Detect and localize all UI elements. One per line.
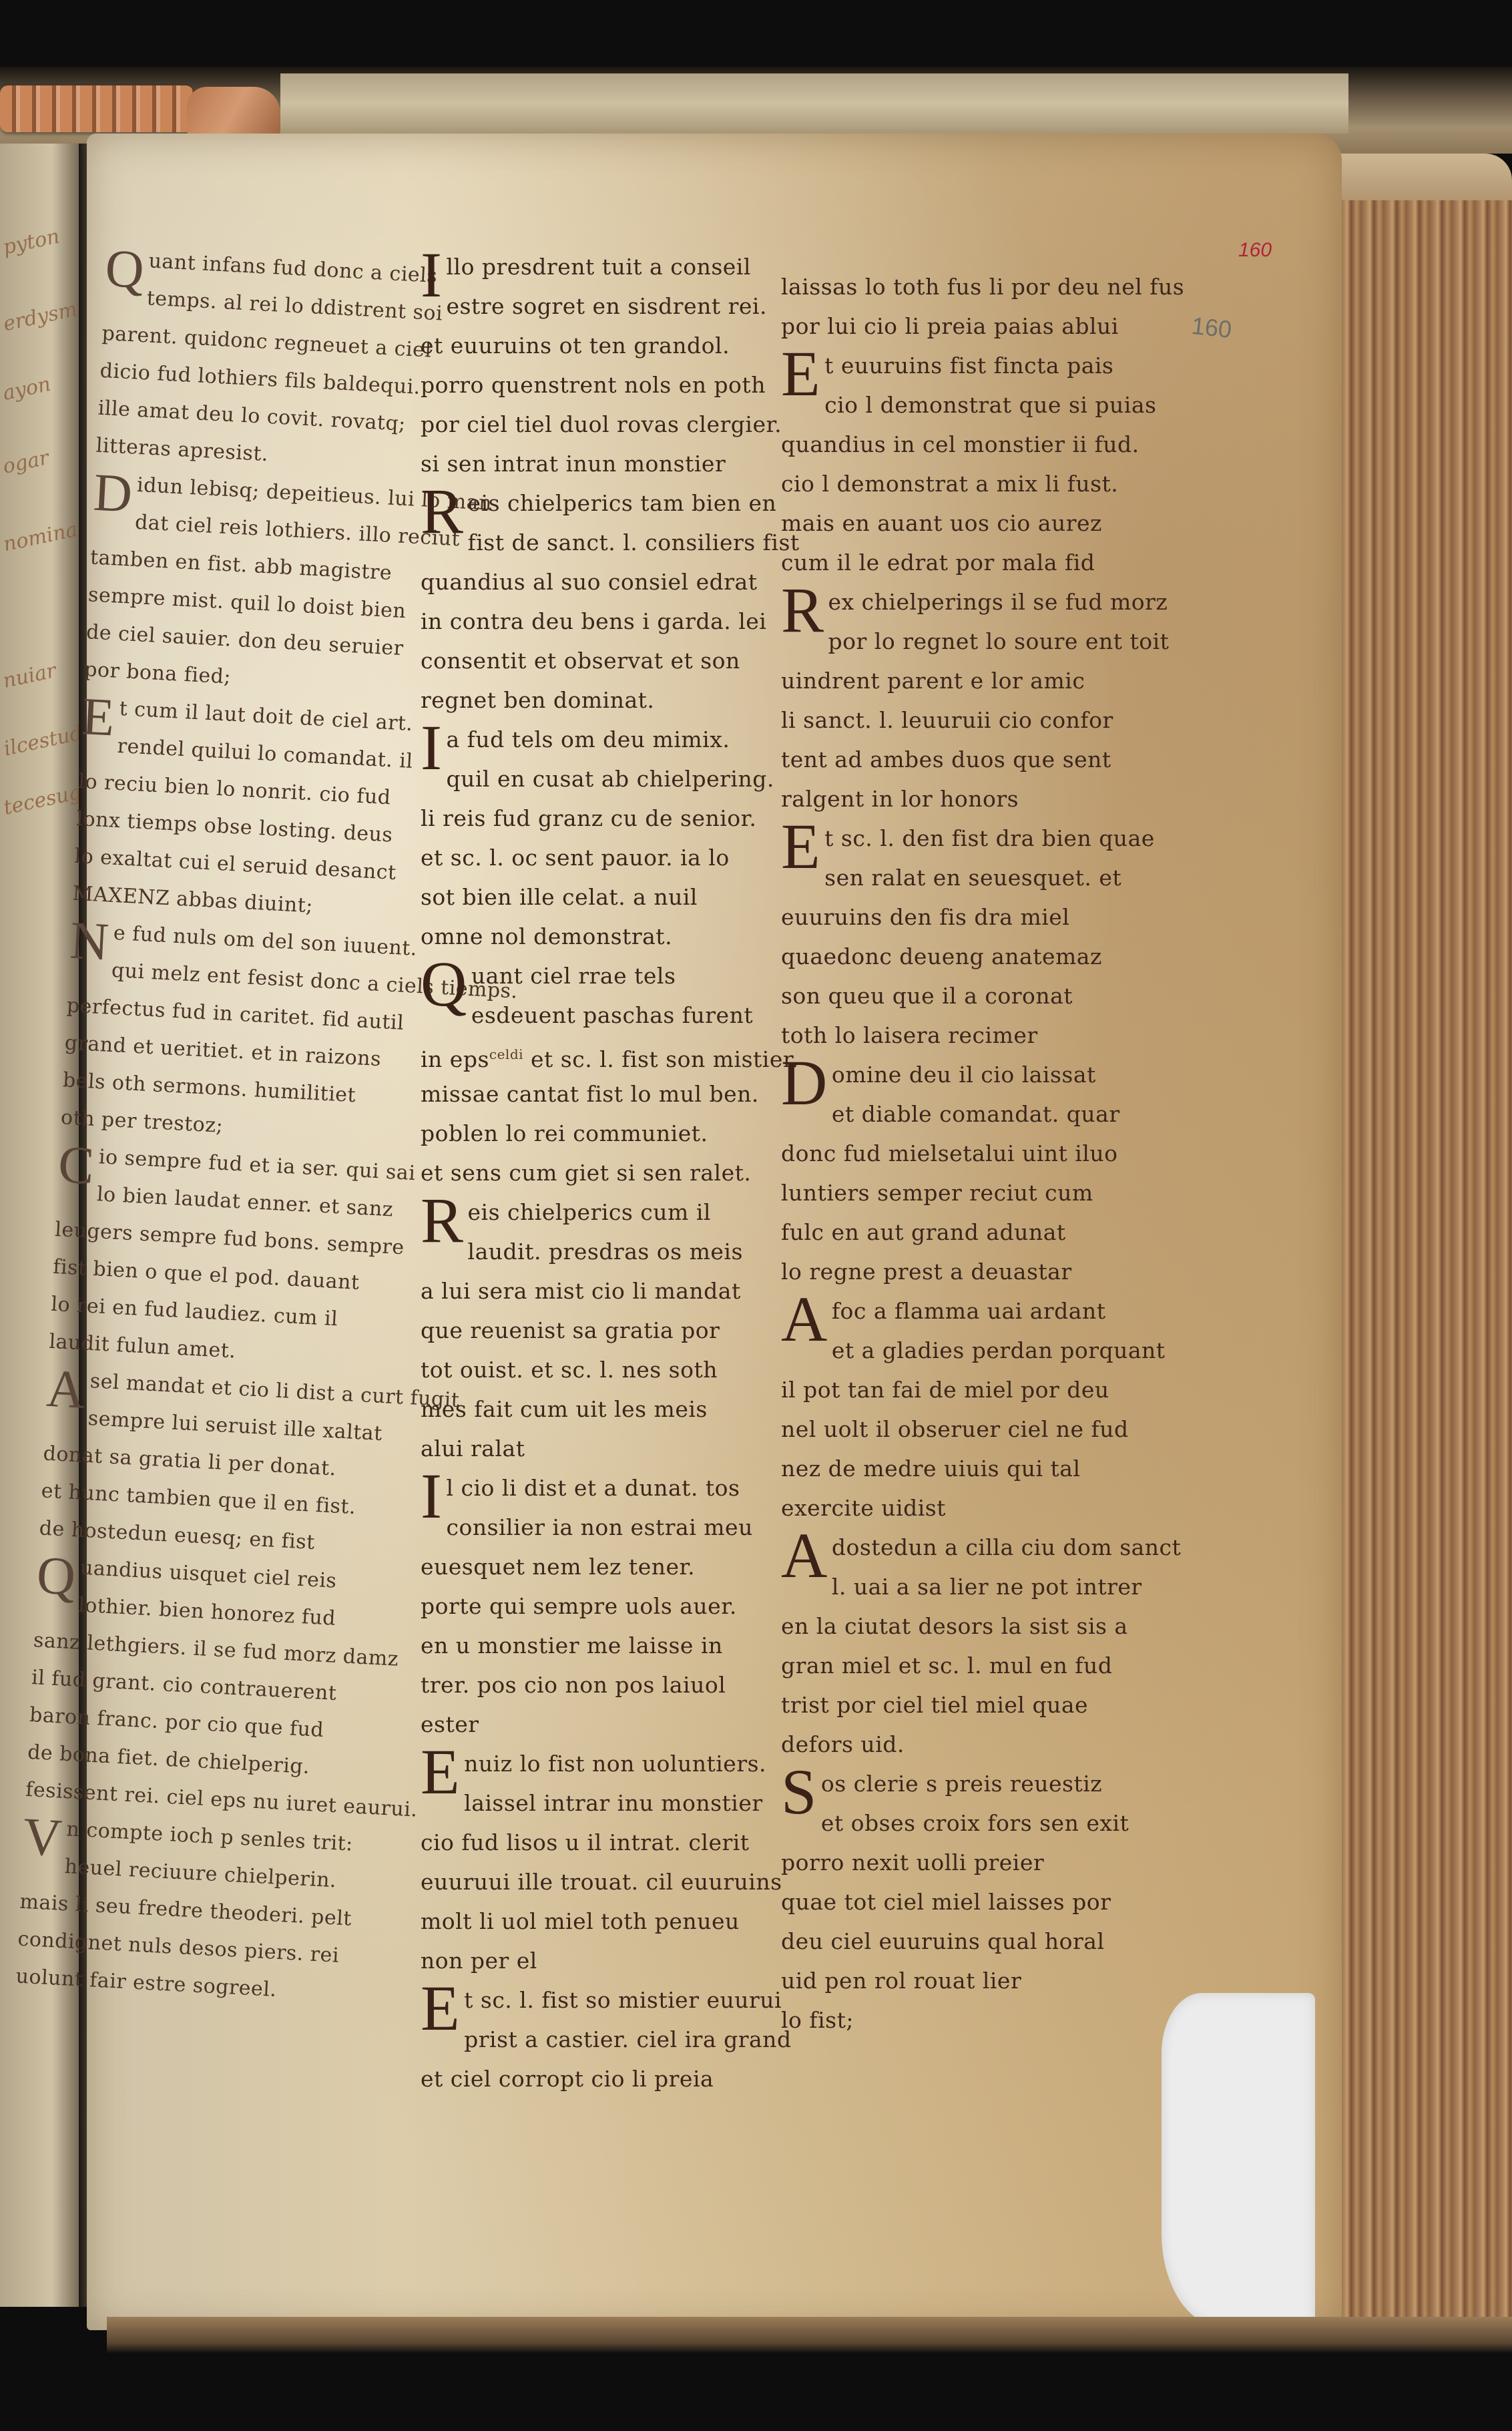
manuscript-line: Enuiz lo fist non uoluntiers. [421,1744,768,1783]
manuscript-line: omne nol demonstrat. [421,917,768,956]
line-text: et euuruins ot ten grandol. [421,333,730,359]
line-text: laudit. presdras os meis [468,1239,743,1265]
decorated-initial: A [45,1362,87,1417]
line-text: dostedun a cilla ciu dom sanct [832,1534,1181,1560]
line-text: consentit et observat et son [421,648,740,674]
decorated-initial: Q [35,1548,77,1604]
manuscript-line: missae cantat fist lo mul ben. [421,1074,768,1114]
line-text: por lo regnet lo soure ent toit [828,628,1170,654]
manuscript-line: cio l demonstrat a mix li fust. [781,464,1155,503]
manuscript-line: cio fud lisos u il intrat. clerit [421,1823,768,1862]
line-text: prist a castier. ciel ira grand [464,2026,791,2052]
line-text: poblen lo rei communiet. [421,1120,708,1146]
manuscript-line: poblen lo rei communiet. [421,1114,768,1153]
manuscript-line: laudit. presdras os meis [421,1232,768,1271]
line-text: esdeuent paschas furent [471,1002,753,1028]
line-text: quandius al suo consiel edrat [421,569,757,595]
manuscript-line: en u monstier me laisse in [421,1626,768,1665]
line-text: laudit fulun amet. [49,1330,237,1363]
manuscript-line: porro quenstrent nols en poth [421,365,768,405]
line-text: por ciel tiel duol rovas clergier. [421,411,782,437]
decorated-initial: D [92,466,134,521]
manuscript-line: Reis chielperics cum il [421,1192,768,1232]
manuscript-line: quaedonc deueng anatemaz [781,937,1155,976]
manuscript-line: alui ralat [421,1429,768,1468]
line-text: consilier ia non estrai meu [446,1514,752,1540]
decorated-initial: E [421,1745,460,1799]
line-text: et ciel corropt cio li preia [421,2066,714,2092]
line-text: uindrent parent e lor amic [781,668,1085,694]
line-text: por bona fied; [83,658,231,688]
line-text: quandius in cel monstier ii fud. [781,431,1140,457]
manuscript-line: uindrent parent e lor amic [781,661,1155,700]
line-text: in eps [421,1046,489,1072]
fore-edge-page-stack [1315,200,1512,2337]
line-text: euuruins den fis dra miel [781,904,1069,930]
line-text: ralgent in lor honors [781,786,1019,812]
manuscript-line: fulc en aut grand adunat [781,1212,1155,1252]
manuscript-line: consentit et observat et son [421,641,768,680]
manuscript-line: euuruins den fis dra miel [781,897,1155,937]
line-text: n compte ioch p senles trit: [66,1817,354,1855]
facing-page-text-fragment: pyton [1,224,61,259]
manuscript-line: cio l demonstrat que si puias [781,385,1155,425]
manuscript-line: regnet ben dominat. [421,680,768,720]
manuscript-line: tent ad ambes duos que sent [781,740,1155,779]
line-text: regnet ben dominat. [421,687,654,713]
decorated-initial: R [421,485,464,538]
line-text: t cum il laut doit de ciel art. [119,697,414,736]
manuscript-line: esdeuent paschas furent [421,996,768,1035]
manuscript-line: Reis chielperics tam bien en [421,483,768,523]
line-text: et a gladies perdan porquant [832,1337,1166,1363]
line-text: sen ralat en seuesquet. et [824,865,1121,891]
manuscript-line: si sen intrat inun monstier [421,444,768,483]
manuscript-line: defors uid. [781,1725,1155,1764]
line-text: l cio li dist et a dunat. tos [446,1475,740,1501]
line-text: oth per trestoz; [60,1106,224,1138]
line-text: et sc. l. oc sent pauor. ia lo [421,845,730,871]
manuscript-line: prist a castier. ciel ira grand [421,2020,768,2059]
manuscript-line: Ia fud tels om deu mimix. [421,720,768,759]
parchment-repair-patch [1162,1993,1315,2327]
manuscript-line: uid pen rol rouat lier [781,1961,1155,2000]
manuscript-line: trer. pos cio non pos laiuol [421,1665,768,1705]
line-text: si sen intrat inun monstier [421,451,726,477]
line-text: eis chielperics tam bien en [468,490,777,516]
manuscript-line: lo fist; [781,2000,1155,2040]
manuscript-line: quae tot ciel miel laisses por [781,1882,1155,1922]
decorated-initial: R [421,1194,464,1247]
line-text: porte qui sempre uols auer. [421,1593,737,1619]
line-text: de hostedun euesq; en fist [39,1516,316,1554]
manuscript-line: ralgent in lor honors [781,779,1155,819]
manuscript-line: a lui sera mist cio li mandat [421,1271,768,1311]
decorated-initial: I [421,1470,442,1523]
manuscript-line: et ciel corropt cio li preia [421,2059,768,2098]
manuscript-line: mais en auant uos cio aurez [781,503,1155,543]
line-text: exercite uidist [781,1495,946,1521]
line-text: os clerie s preis reuestiz [821,1771,1102,1797]
manuscript-line: ester [421,1705,768,1744]
manuscript-line: laissel intrar inu monstier [421,1783,768,1823]
decorated-initial: C [57,1138,95,1193]
manuscript-line: consilier ia non estrai meu [421,1508,768,1547]
line-text: cio l demonstrat a mix li fust. [781,471,1118,497]
line-text: MAXENZ abbas diuint; [72,882,314,918]
manuscript-line: trist por ciel tiel miel quae [781,1685,1155,1725]
text-column-middle: Illo presdrent tuit a conseilestre sogre… [421,247,768,2098]
line-text: cum il le edrat por mala fid [781,549,1095,576]
manuscript-line: estre sogret en sisdrent rei. [421,286,768,326]
manuscript-line: por ciel tiel duol rovas clergier. [421,405,768,444]
line-text: l. uai a sa lier ne pot intrer [832,1574,1142,1600]
manuscript-line: Rex chielperings il se fud morz [781,582,1155,622]
line-text: lothier. bien honorez fud [77,1594,336,1630]
folio-number-red: 160 [1238,239,1272,262]
manuscript-line: porro nexit uolli preier [781,1843,1155,1882]
line-text: il pot tan fai de miel por deu [781,1377,1109,1403]
decorated-initial: A [781,1529,828,1582]
manuscript-line: quandius in cel monstier ii fud. [781,425,1155,464]
line-text: tot ouist. et sc. l. nes soth [421,1357,718,1383]
line-text: lo fist; [781,2007,854,2033]
decorated-initial: Q [421,957,467,1011]
line-text: ester [421,1711,479,1737]
manuscript-line: Sos clerie s preis reuestiz [781,1764,1155,1803]
line-text: gran miel et sc. l. mul en fud [781,1652,1112,1679]
manuscript-line: lo regne prest a deuastar [781,1252,1155,1291]
manuscript-line: en la ciutat desors la sist sis a [781,1606,1155,1646]
manuscript-line: exercite uidist [781,1488,1155,1528]
line-text: trer. pos cio non pos laiuol [421,1672,726,1698]
decorated-initial: Q [104,242,146,297]
line-text: quae tot ciel miel laisses por [781,1889,1111,1915]
text-column-right: laissas lo toth fus li por deu nel fuspo… [781,267,1155,2040]
line-text: en u monstier me laisse in [421,1632,723,1659]
manuscript-line: sen ralat en seuesquet. et [781,858,1155,897]
line-text: euesquet nem lez tener. [421,1554,695,1580]
manuscript-line: Domine deu il cio laissat [781,1055,1155,1094]
manuscript-line: quandius al suo consiel edrat [421,562,768,602]
manuscript-line: Et euuruins fist fincta pais [781,346,1155,385]
manuscript-line: in contra deu bens i garda. lei [421,602,768,641]
line-text: omne nol demonstrat. [421,923,672,949]
manuscript-line: mes fait cum uit les meis [421,1389,768,1429]
decorated-initial: D [781,1056,828,1110]
line-text: tent ad ambes duos que sent [781,746,1111,772]
manuscript-line: il pot tan fai de miel por deu [781,1370,1155,1409]
line-text: et diable comandat. quar [832,1101,1120,1127]
line-text: nez de medre uiuis qui tal [781,1456,1081,1482]
line-text: donc fud mielsetalui uint iluo [781,1140,1118,1166]
line-text: t euuruins fist fincta pais [824,353,1113,379]
line-text: ex chielperings il se fud morz [828,589,1168,615]
line-text: et obses croix fors sen exit [821,1810,1129,1836]
line-text: uant ciel rrae tels [471,963,676,989]
line-text: son queu que il a coronat [781,983,1073,1009]
line-text: mes fait cum uit les meis [421,1396,708,1422]
manuscript-line: et a gladies perdan porquant [781,1331,1155,1370]
manuscript-line: in epsceldi et sc. l. fist son mistier. [421,1035,768,1074]
line-text: nel uolt il obseruer ciel ne fud [781,1416,1129,1442]
manuscript-line: deu ciel euuruins qual horal [781,1922,1155,1961]
line-text: defors uid. [781,1731,905,1757]
line-text: non per el [421,1948,537,1974]
manuscript-line: por lui cio li preia paias ablui [781,306,1155,346]
manuscript-line: li sanct. l. leuuruii cio confor [781,700,1155,740]
book-bottom-edge [107,2317,1512,2354]
line-text: porro nexit uolli preier [781,1849,1044,1875]
line-text: trist por ciel tiel miel quae [781,1692,1088,1718]
line-text: en la ciutat desors la sist sis a [781,1613,1128,1639]
line-text: deu ciel euuruins qual horal [781,1928,1105,1954]
decorated-initial: A [781,1293,828,1346]
manuscript-line: li reis fud granz cu de senior. [421,799,768,838]
line-text: in contra deu bens i garda. lei [421,608,766,634]
manuscript-line: nel uolt il obseruer ciel ne fud [781,1409,1155,1449]
manuscript-line: Il cio li dist et a dunat. tos [421,1468,768,1508]
manuscript-line: cum il le edrat por mala fid [781,543,1155,582]
decorated-initial: S [781,1765,817,1819]
facing-page-text-fragment: ayon [1,373,53,405]
manuscript-line: euuruui ille trouat. cil euuruins [421,1862,768,1902]
decorated-initial: E [421,1982,460,2035]
line-text: fist de sanct. l. consiliers fist [468,529,800,556]
line-text: uant infans fud donc a ciels [148,249,438,288]
manuscript-line: molt li uol miel toth penueu [421,1902,768,1941]
line-text: mais en auant uos cio aurez [781,510,1102,536]
line-text: lo regne prest a deuastar [781,1259,1072,1285]
line-text: et sens cum giet si sen ralet. [421,1160,751,1186]
manuscript-line: son queu que il a coronat [781,976,1155,1016]
line-text: que reuenist sa gratia por [421,1317,720,1343]
manuscript-line: que reuenist sa gratia por [421,1311,768,1350]
manuscript-line: nez de medre uiuis qui tal [781,1449,1155,1488]
decorated-initial: I [421,721,442,775]
line-text: foc a flamma uai ardant [832,1298,1106,1324]
line-text: toth lo laisera recimer [781,1022,1038,1048]
manuscript-line: tot ouist. et sc. l. nes soth [421,1350,768,1389]
manuscript-line: et sens cum giet si sen ralet. [421,1153,768,1192]
manuscript-line: Adostedun a cilla ciu dom sanct [781,1528,1155,1567]
manuscript-line: porte qui sempre uols auer. [421,1586,768,1626]
decorated-initial: V [22,1810,63,1865]
line-text: luntiers semper reciut cum [781,1180,1093,1206]
manuscript-line: non per el [421,1941,768,1980]
line-text: sot bien ille celat. a nuil [421,884,698,910]
manuscript-line: et diable comandat. quar [781,1094,1155,1134]
line-text: omine deu il cio laissat [832,1062,1096,1088]
line-text: molt li uol miel toth penueu [421,1908,740,1934]
line-text: uandius uisquet ciel reis [79,1556,337,1593]
manuscript-line: Et sc. l. fist so mistier euurui [421,1980,768,2020]
line-text: nuiz lo fist non uoluntiers. [464,1751,766,1777]
manuscript-line: et sc. l. oc sent pauor. ia lo [421,838,768,877]
manuscript-line: Quant ciel rrae tels [421,956,768,996]
line-text: t sc. l. den fist dra bien quae [824,825,1155,851]
manuscript-line: et obses croix fors sen exit [781,1803,1155,1843]
manuscript-line: sot bien ille celat. a nuil [421,877,768,917]
line-text: por lui cio li preia paias ablui [781,313,1119,339]
line-text: estre sogret en sisdrent rei. [446,293,766,319]
facing-page-text-fragment: ogar [1,446,51,479]
line-text: a fud tels om deu mimix. [446,726,730,752]
decorated-initial: E [781,347,820,401]
sewing-endband [0,85,194,132]
line-text: et sc. l. fist son mistier. [523,1046,798,1072]
line-text: porro quenstrent nols en poth [421,372,766,398]
manuscript-line: quil en cusat ab chielpering. [421,759,768,799]
line-text: cio fud lisos u il intrat. clerit [421,1829,750,1855]
line-text: uid pen rol rouat lier [781,1968,1021,1994]
line-text: li sanct. l. leuuruii cio confor [781,707,1113,733]
manuscript-line: Et sc. l. den fist dra bien quae [781,819,1155,858]
manuscript-line: luntiers semper reciut cum [781,1173,1155,1212]
line-text: fulc en aut grand adunat [781,1219,1066,1245]
line-text: alui ralat [421,1435,525,1462]
line-text: euuruui ille trouat. cil euuruins [421,1869,782,1895]
decorated-initial: N [69,914,110,969]
manuscript-line: Illo presdrent tuit a conseil [421,247,768,286]
manuscript-line: donc fud mielsetalui uint iluo [781,1134,1155,1173]
manuscript-line: por lo regnet lo soure ent toit [781,622,1155,661]
line-text: heuel reciuure chielperin. [64,1855,337,1892]
folio-number-pencil: 160 [1190,312,1233,344]
line-text: cio l demonstrat que si puias [824,392,1156,418]
line-text: quaedonc deueng anatemaz [781,943,1102,969]
manuscript-line: Afoc a flamma uai ardant [781,1291,1155,1331]
manuscript-line: fist de sanct. l. consiliers fist [421,523,768,562]
facing-page-text-fragment: nuiar [1,659,58,693]
line-text: missae cantat fist lo mul ben. [421,1081,759,1107]
line-text: laissel intrar inu monstier [464,1790,763,1816]
manuscript-line: et euuruins ot ten grandol. [421,326,768,365]
manuscript-line: euesquet nem lez tener. [421,1547,768,1586]
line-text: laissas lo toth fus li por deu nel fus [781,274,1184,300]
line-text: li reis fud granz cu de senior. [421,805,756,831]
decorated-initial: R [781,584,824,637]
line-text: llo presdrent tuit a conseil [446,254,750,280]
manuscript-line: laissas lo toth fus li por deu nel fus [781,267,1155,306]
decorated-initial: I [421,248,442,302]
manuscript-line: toth lo laisera recimer [781,1016,1155,1055]
line-text: t sc. l. fist so mistier euurui [464,1987,782,2013]
line-text: eis chielperics cum il [468,1199,711,1225]
decorated-initial: E [81,690,116,744]
interlinear-gloss: celdi [489,1046,523,1062]
line-text: uolunt fair estre sogreel. [15,1964,277,2001]
line-text: a lui sera mist cio li mandat [421,1278,741,1304]
decorated-initial: E [781,820,820,873]
line-text: litteras apresist. [95,434,269,466]
page-top-edge [280,73,1348,134]
manuscript-line: gran miel et sc. l. mul en fud [781,1646,1155,1685]
line-text: quil en cusat ab chielpering. [446,766,774,792]
endband-tie [187,87,280,137]
manuscript-line: l. uai a sa lier ne pot intrer [781,1567,1155,1606]
